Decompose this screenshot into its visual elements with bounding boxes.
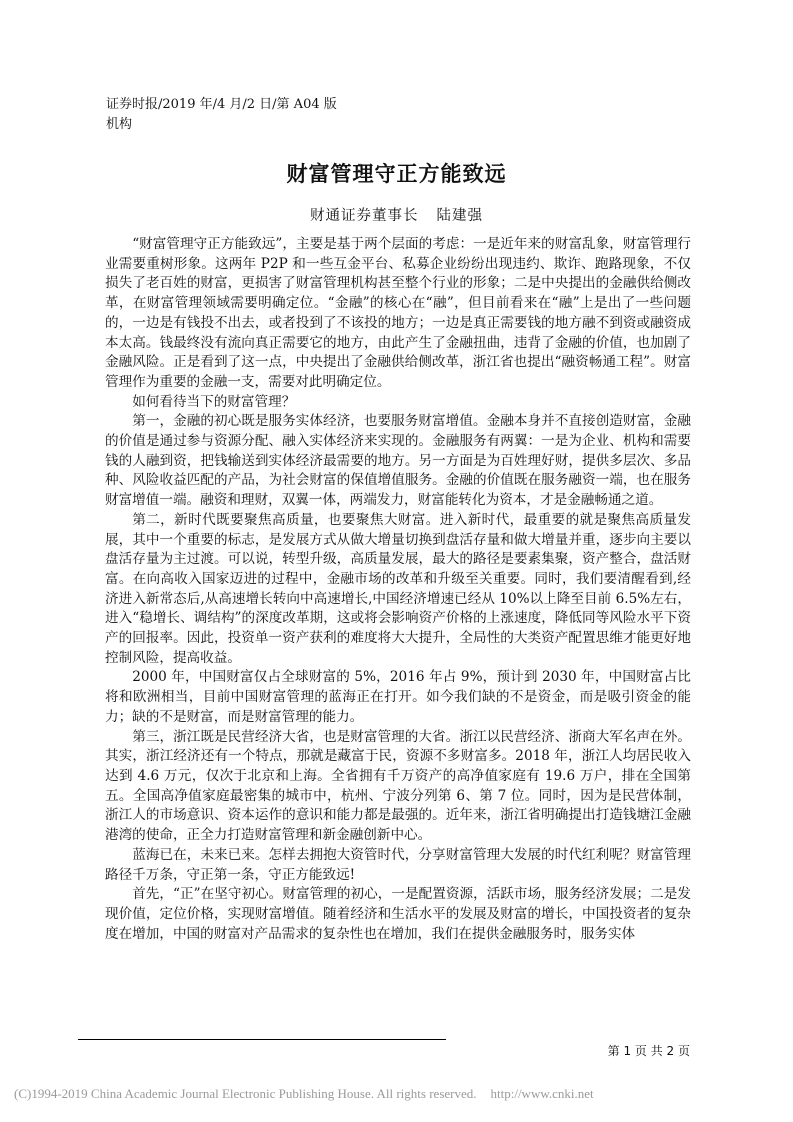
footer-divider <box>78 1039 446 1040</box>
paragraph: 首先，“正”在坚守初心。财富管理的初心，一是配置资源，活跃市场，服务经济发展；二… <box>105 885 691 944</box>
paragraph: 第一，金融的初心既是服务实体经济，也要服务财富增值。金融本身并不直接创造财富，金… <box>105 412 691 511</box>
article-title: 财富管理守正方能致远 <box>0 158 793 188</box>
paragraph: “财富管理守正方能致远”，主要是基于两个层面的考虑：一是近年来的财富乱象，财富管… <box>105 235 691 393</box>
cnki-url: http://www.cnki.net <box>491 1086 594 1101</box>
author-line: 财通证券董事长陆建强 <box>0 204 793 225</box>
page-indicator: 第 1 页 共 2 页 <box>560 1042 690 1059</box>
paragraph: 蓝海已在，未来已来。怎样去拥抱大资管时代，分享财富管理大发展的时代红利呢？财富管… <box>105 846 691 885</box>
author-title: 财通证券董事长 <box>310 208 419 224</box>
author-name: 陆建强 <box>437 208 484 224</box>
paragraph: 如何看待当下的财富管理？ <box>105 393 691 413</box>
source-line: 证券时报/2019 年/4 月/2 日/第 A04 版 <box>106 95 337 115</box>
article-body: “财富管理守正方能致远”，主要是基于两个层面的考虑：一是近年来的财富乱象，财富管… <box>105 235 691 944</box>
paragraph: 第二，新时代既要聚焦高质量，也要聚焦大财富。进入新时代，最重要的就是聚焦高质量发… <box>105 511 691 669</box>
copyright-text: (C)1994-2019 China Academic Journal Elec… <box>14 1086 477 1101</box>
section-label: 机构 <box>106 115 132 135</box>
paragraph: 2000 年，中国财富仅占全球财富的 5%，2016 年占 9%，预计到 203… <box>105 668 691 727</box>
paragraph: 第三，浙江既是民营经济大省，也是财富管理的大省。浙江以民营经济、浙商大军名声在外… <box>105 728 691 846</box>
copyright-notice: (C)1994-2019 China Academic Journal Elec… <box>14 1086 594 1102</box>
